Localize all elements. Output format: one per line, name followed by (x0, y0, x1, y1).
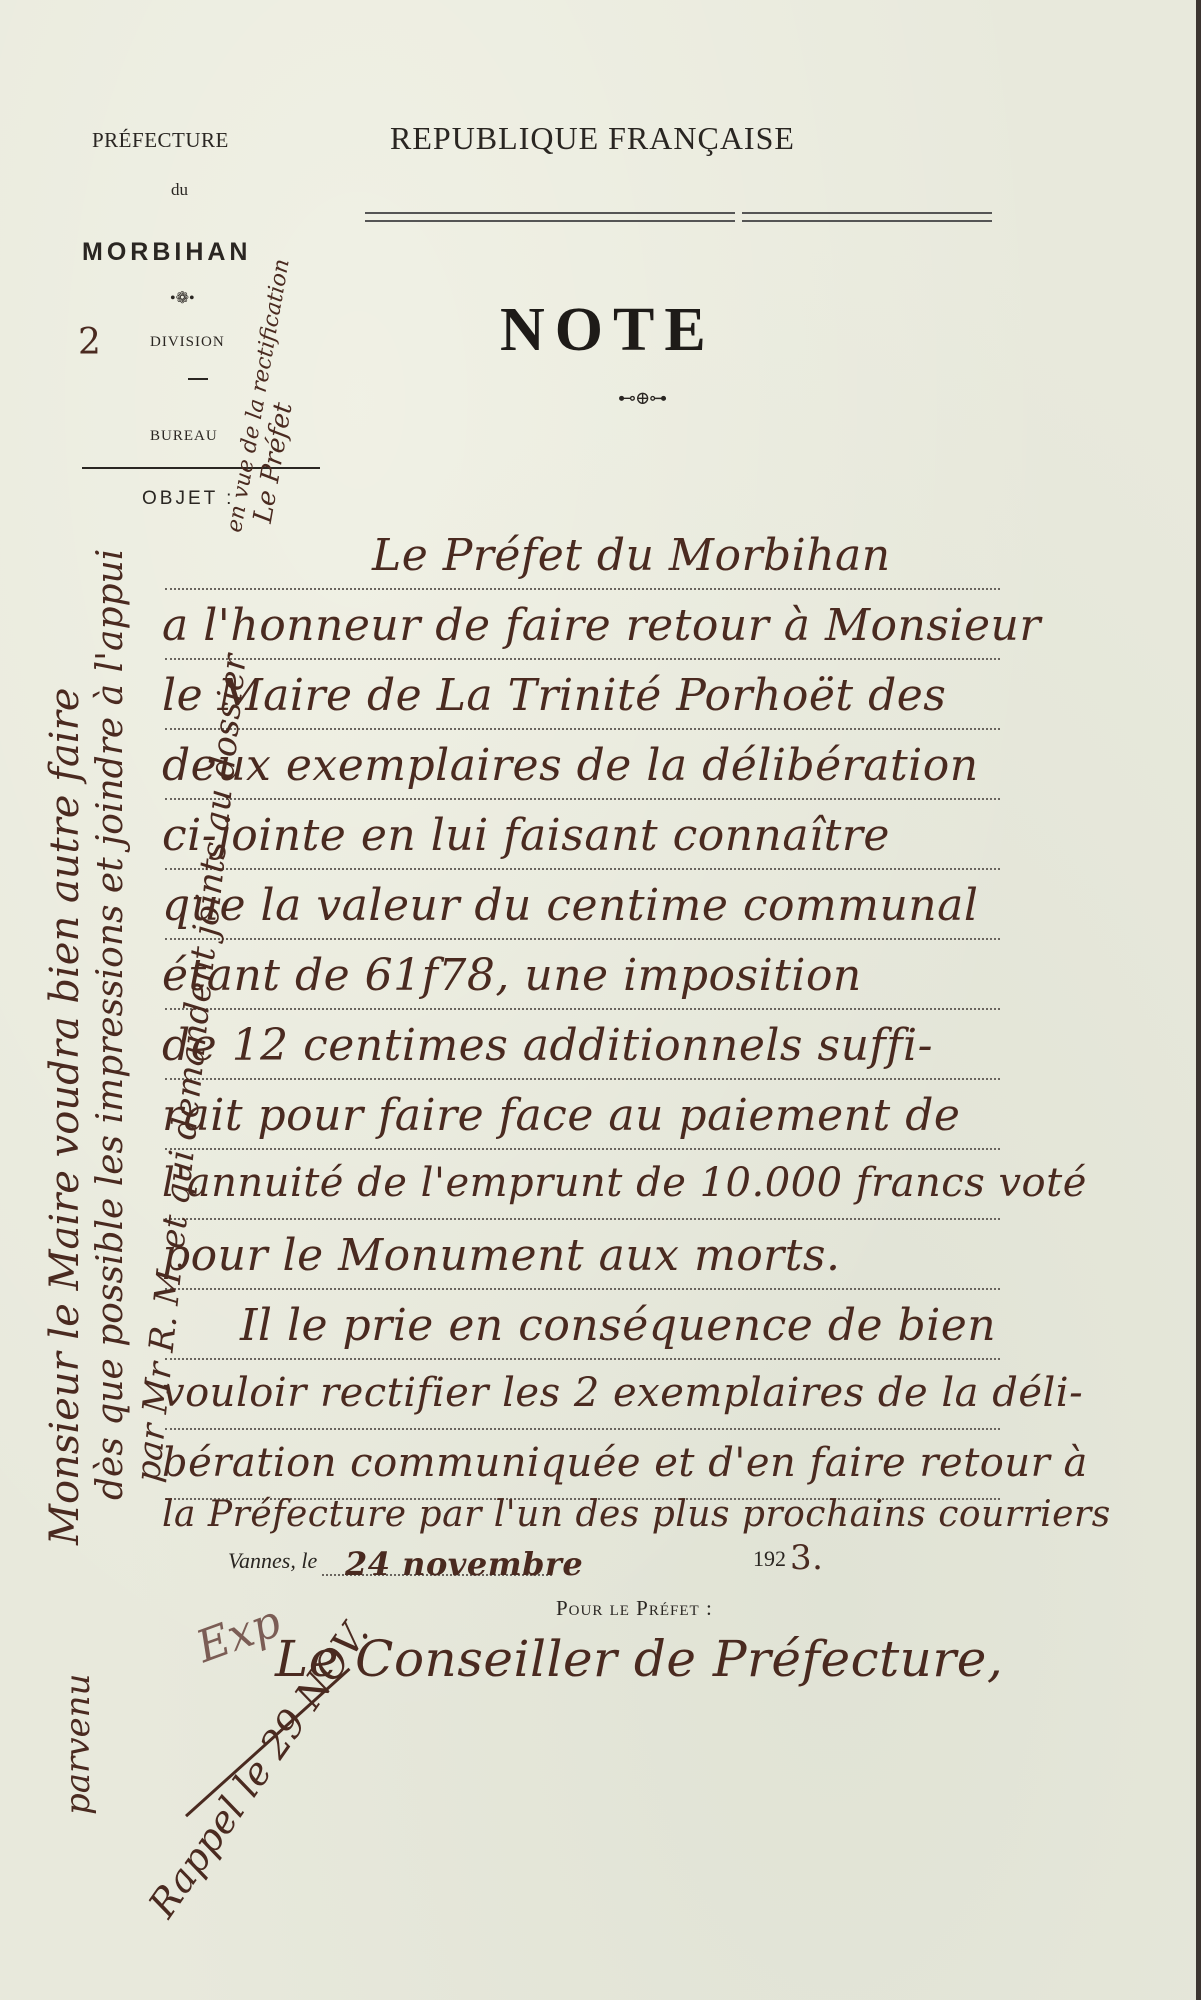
division-number: 2 (78, 322, 101, 363)
body-line-12: Il le prie en conséquence de bien (240, 1300, 996, 1351)
body-line-13: vouloir rectifier les 2 exemplaires de l… (162, 1370, 1083, 1416)
body-line-7: étant de 61f78, une imposition (162, 950, 862, 1001)
title-ornament-icon: ⊷⊕⊶ (618, 388, 666, 409)
ornament-icon: •❁• (170, 288, 195, 308)
ruled-line (165, 1218, 1000, 1220)
header-rule-right (742, 212, 992, 222)
ruled-line (165, 728, 1000, 730)
body-line-5: ci-jointe en lui faisant connaître (162, 810, 890, 861)
ruled-line (165, 1148, 1000, 1150)
ruled-line (165, 588, 1000, 590)
ruled-line (165, 868, 1000, 870)
margin-annotation-1: Monsieur le Maire voudra bien autre fair… (42, 688, 88, 1545)
body-line-14: bération communiquée et d'en faire retou… (162, 1440, 1088, 1486)
body-line-9: rait pour faire face au paiement de (162, 1090, 960, 1141)
body-line-4: deux exemplaires de la délibération (162, 740, 979, 791)
department-name: MORBIHAN (82, 238, 252, 267)
body-line-3: le Maire de La Trinité Porhoët des (162, 670, 946, 721)
ruled-line (165, 1358, 1000, 1360)
ruled-line (165, 798, 1000, 800)
body-line-1: Le Préfet du Morbihan (372, 530, 891, 581)
body-line-2: a l'honneur de faire retour à Monsieur (162, 600, 1041, 651)
ruled-line (165, 1078, 1000, 1080)
body-line-11: pour le Monument aux morts. (162, 1230, 840, 1281)
ruled-line (165, 1288, 1000, 1290)
ruled-line (165, 1428, 1000, 1430)
page-edge (1196, 0, 1201, 2000)
page-title: NOTE (500, 295, 716, 366)
body-line-10: l'annuité de l'emprunt de 10.000 francs … (162, 1160, 1087, 1206)
du-label: du (171, 180, 188, 200)
body-line-8: de 12 centimes additionnels suffi- (162, 1020, 933, 1071)
pour-le-prefet-label: Pour le Préfet : (556, 1596, 713, 1621)
dateline-year-prefix: 192 (753, 1546, 786, 1572)
dateline-year-suffix: 3. (790, 1538, 823, 1578)
division-dash (188, 378, 208, 380)
bureau-label: BUREAU (150, 428, 218, 445)
body-line-6: que la valeur du centime communal (162, 880, 978, 931)
republic-heading: REPUBLIQUE FRANÇAISE (390, 120, 795, 157)
dateline-place: Vannes, le (228, 1548, 317, 1574)
prefecture-label: PRÉFECTURE (92, 128, 229, 153)
objet-label: OBJET : (142, 488, 234, 510)
ruled-line (165, 658, 1000, 660)
dateline-date: 24 novembre (345, 1545, 583, 1583)
margin-annotation-2: dès que possible les impressions et join… (90, 549, 131, 1500)
body-line-15: la Préfecture par l'un des plus prochain… (162, 1494, 1111, 1535)
ruled-line (165, 938, 1000, 940)
header-rule-left (365, 212, 735, 222)
parvenu-annotation: parvenu (58, 1674, 98, 1815)
signatory-title: Le Conseiller de Préfecture, (275, 1630, 1003, 1688)
ruled-line (165, 1008, 1000, 1010)
division-label: DIVISION (150, 334, 225, 351)
